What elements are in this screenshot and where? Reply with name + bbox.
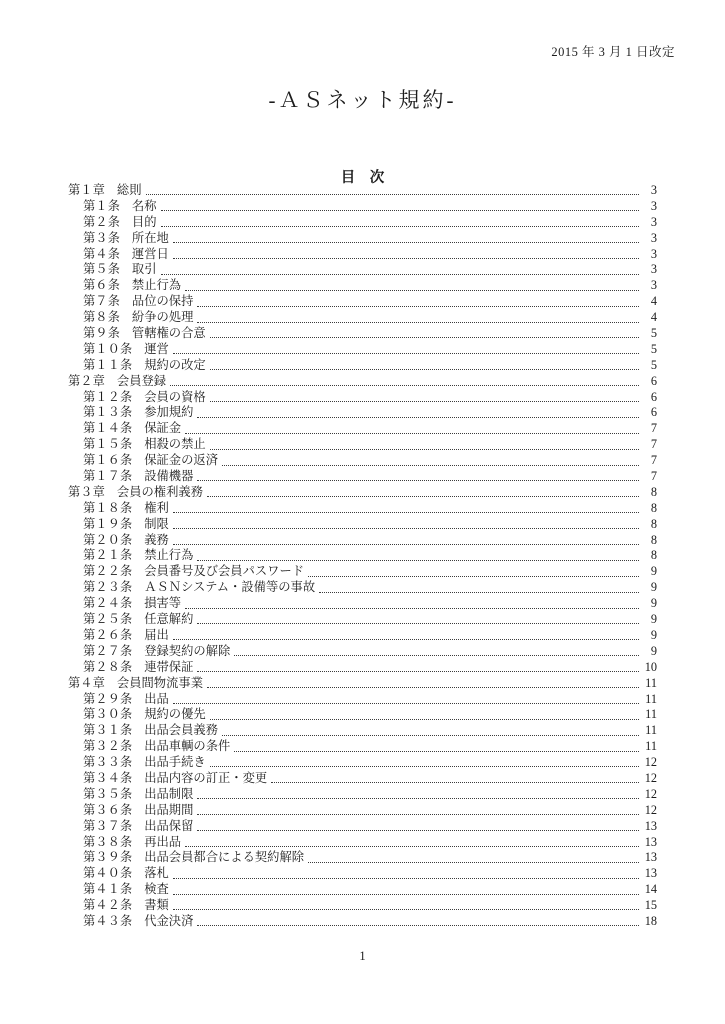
toc-entry-title: 管轄権の合意: [132, 326, 206, 342]
dot-leader: [173, 528, 639, 529]
dot-leader: [319, 592, 639, 593]
toc-page-number: 14: [642, 882, 657, 898]
dot-leader: [308, 862, 639, 863]
toc-entry: 第３１条 出品会員義務 11: [68, 723, 657, 739]
toc-entry-label: 第４３条: [83, 914, 132, 930]
toc-page-number: 8: [642, 485, 657, 501]
toc-page-number: 5: [642, 342, 657, 358]
toc-entry-title: 再出品: [144, 835, 181, 851]
toc-page-number: 5: [642, 358, 657, 374]
toc-entry-label: 第２条: [83, 215, 120, 231]
dot-leader: [146, 194, 639, 195]
dot-leader: [185, 608, 639, 609]
toc-entry-title: 損害等: [144, 596, 181, 612]
toc-page-number: 7: [642, 437, 657, 453]
dot-leader: [197, 417, 639, 418]
dot-leader: [210, 449, 639, 450]
toc-page-number: 3: [642, 231, 657, 247]
toc-entry-title: 名称: [132, 199, 157, 215]
toc-entry: 第２章 会員登録 6: [68, 374, 657, 390]
toc-page-number: 13: [642, 866, 657, 882]
toc-entry: 第４条 運営日 3: [68, 247, 657, 263]
toc-entry-title: 規約の優先: [144, 707, 206, 723]
toc-entry: 第２５条 任意解約 9: [68, 612, 657, 628]
toc-entry-title: 出品内容の訂正・変更: [144, 771, 267, 787]
dot-leader: [173, 909, 639, 910]
toc-entry-title: 任意解約: [144, 612, 193, 628]
dot-leader: [197, 925, 639, 926]
toc-entry-title: 紛争の処理: [132, 310, 194, 326]
toc-entry-label: 第４条: [83, 247, 120, 263]
toc-entry: 第４０条 落札 13: [68, 866, 657, 882]
toc-entry-label: 第４１条: [83, 882, 132, 898]
toc-entry-label: 第３９条: [83, 850, 132, 866]
toc-entry-label: 第９条: [83, 326, 120, 342]
toc-entry-label: 第３条: [83, 231, 120, 247]
toc-page-number: 9: [642, 644, 657, 660]
toc-entry-title: 品位の保持: [132, 294, 194, 310]
toc-entry-label: 第６条: [83, 278, 120, 294]
toc-entry-label: 第３４条: [83, 771, 132, 787]
toc-page-number: 6: [642, 390, 657, 406]
toc-entry: 第２１条 禁止行為 8: [68, 548, 657, 564]
dot-leader: [173, 878, 639, 879]
toc-entry-label: 第１１条: [83, 358, 132, 374]
toc-entry-label: 第１９条: [83, 517, 132, 533]
toc-entry-title: 禁止行為: [132, 278, 181, 294]
toc-entry-title: 保証金: [144, 421, 181, 437]
dot-leader: [234, 751, 639, 752]
toc-page-number: 15: [642, 898, 657, 914]
dot-leader: [173, 544, 639, 545]
toc-entry-label: 第２８条: [83, 660, 132, 676]
toc-entry-label: 第２３条: [83, 580, 132, 596]
toc-entry: 第３６条 出品期間 12: [68, 803, 657, 819]
toc-entry-title: 相殺の禁止: [144, 437, 206, 453]
footer-page-number: 1: [0, 949, 725, 964]
toc-entry: 第１４条 保証金 7: [68, 421, 657, 437]
toc-entry-title: 目的: [132, 215, 157, 231]
toc-page-number: 4: [642, 294, 657, 310]
toc-entry-label: 第２１条: [83, 548, 132, 564]
toc-entry-title: 設備機器: [144, 469, 193, 485]
toc-entry: 第１８条 権利 8: [68, 501, 657, 517]
toc-entry-label: 第２章: [68, 374, 105, 390]
dot-leader: [173, 639, 639, 640]
toc-entry-label: 第２０条: [83, 533, 132, 549]
toc-entry: 第３９条 出品会員都合による契約解除 13: [68, 850, 657, 866]
toc-entry-title: 出品車輌の条件: [144, 739, 230, 755]
toc-entry: 第３５条 出品制限 12: [68, 787, 657, 803]
toc-entry-title: 所在地: [132, 231, 169, 247]
toc-entry-label: 第１６条: [83, 453, 132, 469]
toc-entry: 第７条 品位の保持 4: [68, 294, 657, 310]
toc-entry: 第１７条 設備機器 7: [68, 469, 657, 485]
toc-entry-title: 取引: [132, 262, 157, 278]
toc-entry-label: 第３６条: [83, 803, 132, 819]
toc-entry: 第６条 禁止行為 3: [68, 278, 657, 294]
dot-leader: [222, 465, 639, 466]
toc-entry-title: 保証金の返済: [144, 453, 218, 469]
dot-leader: [185, 433, 639, 434]
toc-entry-title: 出品会員義務: [144, 723, 218, 739]
toc-entry: 第３章 会員の権利義務 8: [68, 485, 657, 501]
toc-entry-label: 第１７条: [83, 469, 132, 485]
dot-leader: [197, 623, 639, 624]
toc-entry: 第３条 所在地 3: [68, 231, 657, 247]
toc-page-number: 3: [642, 215, 657, 231]
toc-entry: 第２条 目的 3: [68, 215, 657, 231]
dot-leader: [197, 830, 639, 831]
dot-leader: [197, 798, 639, 799]
toc-page-number: 9: [642, 612, 657, 628]
dot-leader: [161, 226, 639, 227]
toc-entry: 第８条 紛争の処理 4: [68, 310, 657, 326]
toc-entry-label: 第３０条: [83, 707, 132, 723]
dot-leader: [210, 719, 639, 720]
toc-entry-label: 第３３条: [83, 755, 132, 771]
toc-entry: 第１３条 参加規約 6: [68, 405, 657, 421]
toc-entry: 第２３条 ＡＳＮシステム・設備等の事故 9: [68, 580, 657, 596]
toc-entry-title: 出品保留: [144, 819, 193, 835]
toc-page-number: 13: [642, 850, 657, 866]
toc-entry-label: 第３７条: [83, 819, 132, 835]
toc-page-number: 3: [642, 247, 657, 263]
toc-page-number: 6: [642, 405, 657, 421]
toc-page-number: 12: [642, 803, 657, 819]
toc-entry-title: 会員間物流事業: [117, 676, 203, 692]
toc-entry-label: 第４２条: [83, 898, 132, 914]
toc-entry: 第４章 会員間物流事業 11: [68, 676, 657, 692]
toc-entry: 第２６条 届出 9: [68, 628, 657, 644]
toc-entry-label: 第１０条: [83, 342, 132, 358]
toc-entry-label: 第１３条: [83, 405, 132, 421]
toc-entry: 第２９条 出品 11: [68, 692, 657, 708]
toc-page-number: 11: [642, 723, 657, 739]
toc-page-number: 12: [642, 787, 657, 803]
toc-entry-title: 参加規約: [144, 405, 193, 421]
toc-page-number: 18: [642, 914, 657, 930]
toc-entry-label: 第３１条: [83, 723, 132, 739]
toc-entry: 第１条 名称 3: [68, 199, 657, 215]
toc-entry: 第１５条 相殺の禁止 7: [68, 437, 657, 453]
toc-page-number: 12: [642, 771, 657, 787]
dot-leader: [161, 210, 639, 211]
toc-entry-title: 出品: [144, 692, 169, 708]
toc-entry-label: 第３２条: [83, 739, 132, 755]
toc-page-number: 9: [642, 564, 657, 580]
toc-entry-label: 第５条: [83, 262, 120, 278]
toc-entry-title: 代金決済: [144, 914, 193, 930]
dot-leader: [170, 385, 639, 386]
toc-entry: 第１章 総則 3: [68, 183, 657, 199]
toc-entry: 第１２条 会員の資格 6: [68, 390, 657, 406]
toc-page-number: 3: [642, 183, 657, 199]
toc-page-number: 5: [642, 326, 657, 342]
toc-entry-label: 第３８条: [83, 835, 132, 851]
toc-page-number: 8: [642, 517, 657, 533]
toc-page-number: 3: [642, 278, 657, 294]
toc-page-number: 3: [642, 199, 657, 215]
toc-entry: 第３０条 規約の優先 11: [68, 707, 657, 723]
toc-entry: 第２２条 会員番号及び会員パスワード 9: [68, 564, 657, 580]
toc-entry: 第２７条 登録契約の解除 9: [68, 644, 657, 660]
toc-page-number: 11: [642, 707, 657, 723]
toc-entry-title: 書類: [144, 898, 169, 914]
toc-entry-label: 第７条: [83, 294, 120, 310]
document-page: 2015 年 3 月 1 日改定 -ＡＳネット規約- 目 次 第１章 総則 3 …: [0, 0, 725, 1024]
toc-entry: 第４１条 検査 14: [68, 882, 657, 898]
toc-page-number: 8: [642, 548, 657, 564]
dot-leader: [173, 258, 639, 259]
toc-entry-title: 落札: [144, 866, 169, 882]
toc-entry-title: 届出: [144, 628, 169, 644]
dot-leader: [173, 242, 639, 243]
toc-page-number: 13: [642, 835, 657, 851]
toc-entry-label: 第４章: [68, 676, 105, 692]
toc-entry-title: 会員登録: [117, 374, 166, 390]
toc-entry-title: ＡＳＮシステム・設備等の事故: [144, 580, 315, 596]
toc-entry: 第３３条 出品手続き 12: [68, 755, 657, 771]
toc-entry: 第４２条 書類 15: [68, 898, 657, 914]
dot-leader: [173, 703, 639, 704]
toc-entry: 第３８条 再出品 13: [68, 835, 657, 851]
toc-entry: 第１６条 保証金の返済 7: [68, 453, 657, 469]
toc-page-number: 9: [642, 580, 657, 596]
dot-leader: [197, 671, 639, 672]
toc-page-number: 3: [642, 262, 657, 278]
toc-page-number: 11: [642, 692, 657, 708]
toc-entry-label: 第２４条: [83, 596, 132, 612]
toc-page-number: 9: [642, 596, 657, 612]
dot-leader: [210, 766, 639, 767]
toc-entry-title: 規約の改定: [144, 358, 206, 374]
toc-page-number: 8: [642, 533, 657, 549]
toc-entry-title: 禁止行為: [144, 548, 193, 564]
toc-entry-title: 総則: [117, 183, 142, 199]
toc-page-number: 13: [642, 819, 657, 835]
dot-leader: [222, 735, 639, 736]
toc-entry-label: 第２６条: [83, 628, 132, 644]
dot-leader: [207, 687, 639, 688]
toc-entry: 第５条 取引 3: [68, 262, 657, 278]
toc-entry: 第２８条 連帯保証 10: [68, 660, 657, 676]
toc-page-number: 7: [642, 453, 657, 469]
toc-page-number: 6: [642, 374, 657, 390]
toc-entry: 第１９条 制限 8: [68, 517, 657, 533]
revision-date: 2015 年 3 月 1 日改定: [551, 42, 675, 60]
toc-entry-title: 会員の権利義務: [117, 485, 203, 501]
toc-entry-label: 第１４条: [83, 421, 132, 437]
dot-leader: [197, 480, 639, 481]
toc-entry-label: 第１章: [68, 183, 105, 199]
toc-entry-title: 制限: [144, 517, 169, 533]
dot-leader: [173, 894, 639, 895]
dot-leader: [173, 512, 639, 513]
dot-leader: [173, 353, 639, 354]
toc-entry: 第１１条 規約の改定 5: [68, 358, 657, 374]
toc-entry-label: 第４０条: [83, 866, 132, 882]
toc-entry-label: 第２９条: [83, 692, 132, 708]
toc-entry: 第９条 管轄権の合意 5: [68, 326, 657, 342]
document-title: -ＡＳネット規約-: [0, 84, 725, 114]
toc-page-number: 7: [642, 421, 657, 437]
dot-leader: [185, 290, 639, 291]
toc-page-number: 9: [642, 628, 657, 644]
toc-entry: 第２４条 損害等 9: [68, 596, 657, 612]
toc-entry-title: 運営: [144, 342, 169, 358]
toc-entry-title: 出品期間: [144, 803, 193, 819]
toc-entry: 第３７条 出品保留 13: [68, 819, 657, 835]
toc-entry-label: 第１２条: [83, 390, 132, 406]
toc-entry-title: 会員の資格: [144, 390, 206, 406]
toc-entry: 第４３条 代金決済 18: [68, 914, 657, 930]
toc-entry-label: 第８条: [83, 310, 120, 326]
toc-entry-label: 第３５条: [83, 787, 132, 803]
toc-entry-title: 出品手続き: [144, 755, 206, 771]
toc-entry-label: 第１５条: [83, 437, 132, 453]
toc-entry-title: 義務: [144, 533, 169, 549]
dot-leader: [197, 560, 639, 561]
toc-entry-title: 運営日: [132, 247, 169, 263]
dot-leader: [210, 369, 639, 370]
toc-page-number: 10: [642, 660, 657, 676]
toc-entry-title: 出品会員都合による契約解除: [144, 850, 304, 866]
dot-leader: [185, 846, 639, 847]
toc-entry-label: 第２５条: [83, 612, 132, 628]
toc-entry-label: 第１８条: [83, 501, 132, 517]
toc-entry-label: 第２２条: [83, 564, 132, 580]
dot-leader: [197, 322, 639, 323]
toc-entry: 第１０条 運営 5: [68, 342, 657, 358]
toc-entry: 第２０条 義務 8: [68, 533, 657, 549]
toc-page-number: 8: [642, 501, 657, 517]
toc-entry: 第３２条 出品車輌の条件 11: [68, 739, 657, 755]
dot-leader: [207, 496, 639, 497]
toc-entry-title: 権利: [144, 501, 169, 517]
toc-page-number: 7: [642, 469, 657, 485]
toc-entry-title: 検査: [144, 882, 169, 898]
dot-leader: [210, 401, 639, 402]
toc-entry-title: 出品制限: [144, 787, 193, 803]
toc-entry-title: 連帯保証: [144, 660, 193, 676]
toc-list: 第１章 総則 3 第１条 名称 3 第２条 目的 3 第３条 所在地 3 第４条…: [68, 183, 657, 930]
dot-leader: [210, 337, 639, 338]
dot-leader: [234, 655, 639, 656]
toc-entry: 第３４条 出品内容の訂正・変更 12: [68, 771, 657, 787]
dot-leader: [197, 814, 639, 815]
toc-page-number: 11: [642, 739, 657, 755]
dot-leader: [161, 274, 639, 275]
dot-leader: [271, 782, 639, 783]
toc-page-number: 11: [642, 676, 657, 692]
dot-leader: [308, 576, 639, 577]
toc-entry-title: 会員番号及び会員パスワード: [144, 564, 304, 580]
toc-page-number: 12: [642, 755, 657, 771]
toc-entry-label: 第２７条: [83, 644, 132, 660]
toc-page-number: 4: [642, 310, 657, 326]
toc-entry-label: 第３章: [68, 485, 105, 501]
toc-entry-title: 登録契約の解除: [144, 644, 230, 660]
toc-entry-label: 第１条: [83, 199, 120, 215]
dot-leader: [197, 306, 639, 307]
